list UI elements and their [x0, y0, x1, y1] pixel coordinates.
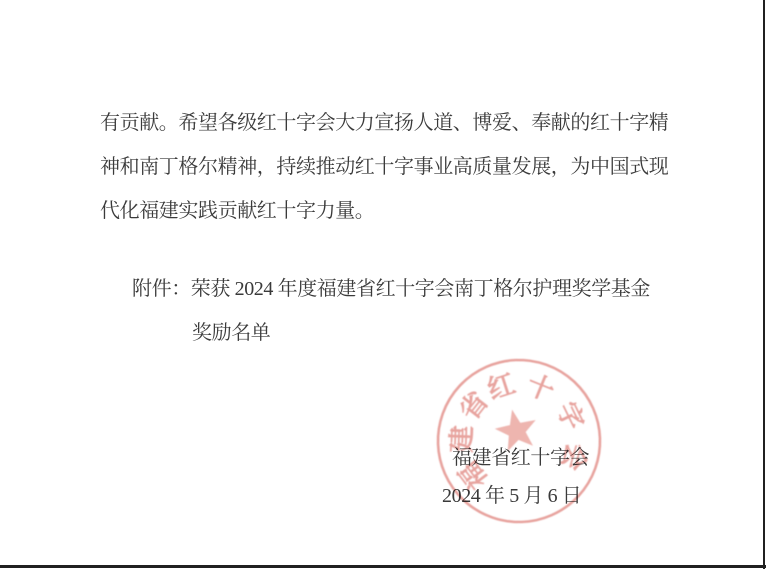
body-line: 神和南丁格尔精神，持续推动红十字事业高质量发展，为中国式现 [100, 145, 680, 189]
attachment-line-1: 附件：荣获 2024 年度福建省红十字会南丁格尔护理奖学基金 [132, 267, 650, 311]
seal-char: 会 [556, 440, 592, 474]
seal-char: 红 [484, 368, 519, 405]
scan-edge-bottom [0, 565, 766, 568]
seal-char: 十 [522, 369, 558, 407]
official-red-seal: 福 建 省 红 十 字 会 [430, 352, 608, 530]
attachment-line-2: 奖励名单 [192, 311, 650, 355]
body-line: 有贡献。希望各级红十字会大力宣扬人道、博爱、奉献的红十字精 [100, 101, 680, 145]
body-paragraph: 有贡献。希望各级红十字会大力宣扬人道、博爱、奉献的红十字精 神和南丁格尔精神，持… [100, 101, 680, 233]
seal-star-icon [492, 405, 541, 453]
seal-char: 字 [551, 397, 590, 434]
seal-char: 建 [447, 425, 478, 453]
seal-char: 福 [453, 455, 493, 495]
attachment-note: 附件：荣获 2024 年度福建省红十字会南丁格尔护理奖学基金 奖励名单 [132, 267, 650, 355]
body-line: 代化福建实践贡献红十字力量。 [100, 189, 680, 233]
scan-edge-right [763, 0, 765, 569]
scanned-document-page: 有贡献。希望各级红十字会大力宣扬人道、博爱、奉献的红十字精 神和南丁格尔精神，持… [0, 0, 766, 569]
